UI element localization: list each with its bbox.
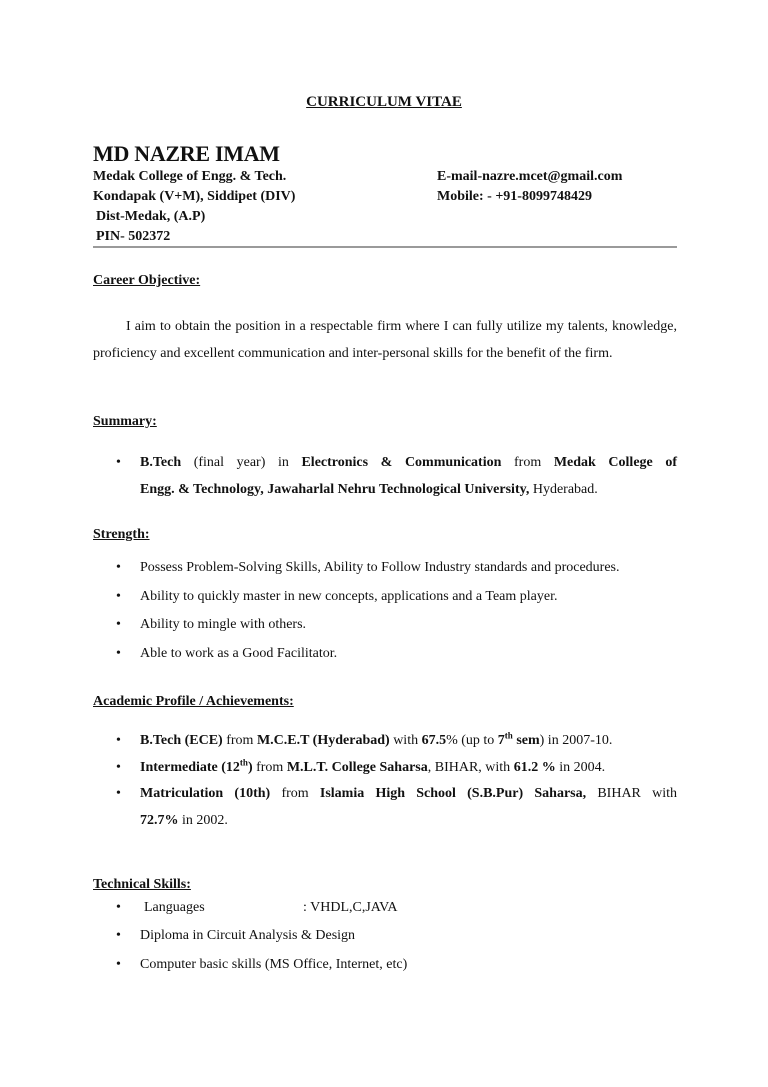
address-line-2: Kondapak (V+M), Siddipet (DIV): [93, 189, 295, 205]
academic-item-intermediate: Intermediate (12th) from M.L.T. College …: [140, 760, 605, 776]
address-line-3: Dist-Medak, (A.P): [96, 209, 205, 225]
header-divider: [93, 246, 677, 248]
summary-heading: Summary:: [93, 414, 157, 430]
strength-item: Possess Problem-Solving Skills, Ability …: [140, 560, 620, 576]
strength-heading: Strength:: [93, 527, 150, 543]
document-title: CURRICULUM VITAE: [0, 94, 768, 111]
bullet-icon: •: [116, 786, 121, 802]
bullet-icon: •: [116, 928, 121, 944]
career-objective-text: I aim to obtain the position in a respec…: [93, 313, 677, 367]
bullet-icon: •: [116, 733, 121, 749]
technical-skills-heading: Technical Skills:: [93, 877, 191, 893]
mobile-text: Mobile: - +91-8099748429: [437, 189, 592, 205]
bullet-icon: •: [116, 560, 121, 576]
academic-item-matric-line-2: 72.7% in 2002.: [140, 813, 228, 829]
technical-item: Diploma in Circuit Analysis & Design: [140, 928, 355, 944]
bullet-icon: •: [116, 957, 121, 973]
bullet-icon: •: [116, 617, 121, 633]
candidate-name: MD NAZRE IMAM: [93, 141, 280, 167]
academic-heading: Academic Profile / Achievements:: [93, 694, 294, 710]
bullet-icon: •: [116, 760, 121, 776]
academic-item-matric-line-1: Matriculation (10th) from Islamia High S…: [140, 786, 677, 802]
address-line-4: PIN- 502372: [96, 229, 170, 245]
summary-item-line-1: B.Tech (final year) in Electronics & Com…: [140, 455, 677, 471]
bullet-icon: •: [116, 589, 121, 605]
languages-label: Languages: [144, 900, 205, 916]
strength-item: Able to work as a Good Facilitator.: [140, 646, 337, 662]
technical-item: Computer basic skills (MS Office, Intern…: [140, 957, 407, 973]
address-line-1: Medak College of Engg. & Tech.: [93, 169, 286, 185]
academic-item-btech: B.Tech (ECE) from M.C.E.T (Hyderabad) wi…: [140, 733, 612, 749]
summary-item-line-2: Engg. & Technology, Jawaharlal Nehru Tec…: [140, 482, 598, 498]
email-text: E-mail-nazre.mcet@gmail.com: [437, 169, 622, 185]
strength-item: Ability to mingle with others.: [140, 617, 306, 633]
bullet-icon: •: [116, 455, 121, 471]
languages-value: : VHDL,C,JAVA: [303, 900, 398, 916]
bullet-icon: •: [116, 900, 121, 916]
bullet-icon: •: [116, 646, 121, 662]
strength-item: Ability to quickly master in new concept…: [140, 589, 557, 605]
career-objective-heading: Career Objective:: [93, 273, 200, 289]
